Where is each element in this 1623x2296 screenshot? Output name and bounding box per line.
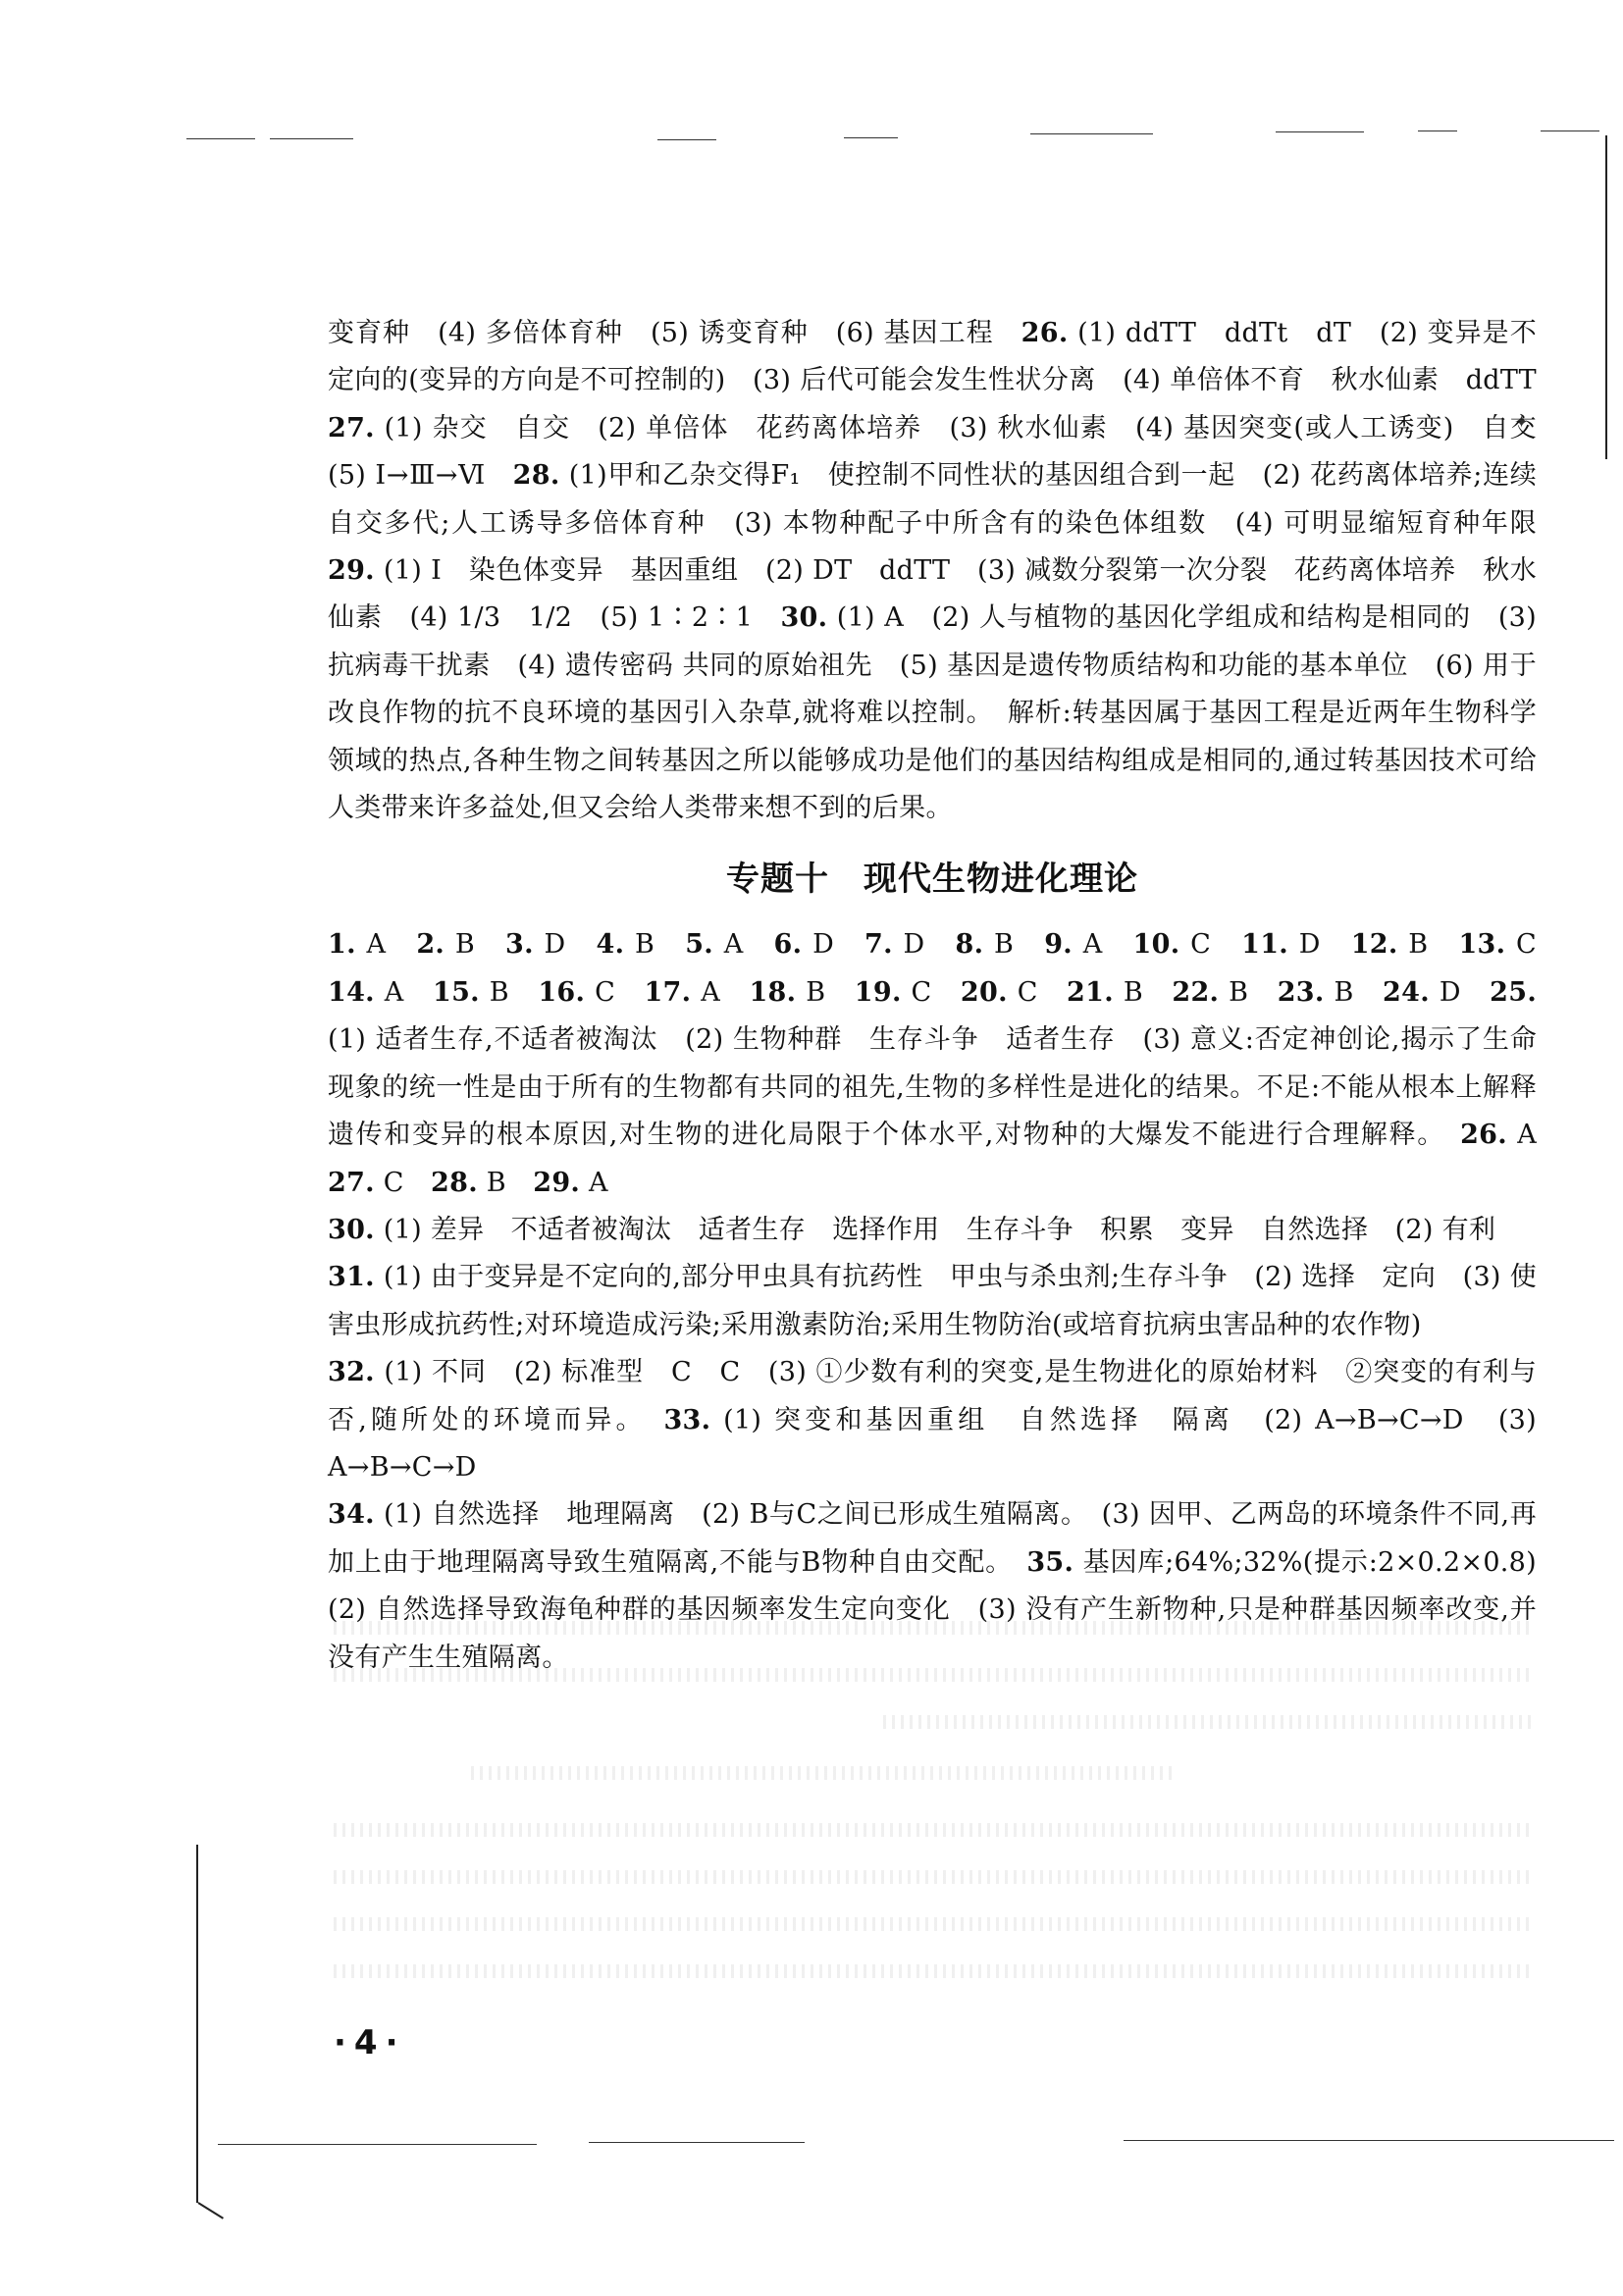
scan-edge-top-1 xyxy=(186,138,255,139)
scan-edge-bottom-2 xyxy=(589,2142,805,2143)
question-number: 7. xyxy=(864,929,893,960)
answer-text: 变育种 (4) 多倍体育种 (5) 诱变育种 (6) 基因工程 xyxy=(328,318,1021,348)
answer-text: A xyxy=(580,1168,608,1198)
question-number: 33. xyxy=(663,1405,710,1435)
section-answers-1-29: 1. A 2. B 3. D 4. B 5. A 6. D 7. D 8. B … xyxy=(328,921,1537,1206)
scan-edge-top-2 xyxy=(270,138,353,139)
question-number: 29. xyxy=(533,1168,580,1198)
question-number: 28. xyxy=(513,460,560,491)
scan-edge-top-r-6 xyxy=(1541,130,1599,131)
show-through-line xyxy=(334,1870,1531,1884)
question-number: 4. xyxy=(597,929,625,960)
page-edge-corner xyxy=(197,2202,224,2219)
scan-edge-bottom-6 xyxy=(1124,2140,1614,2141)
question-number: 12. xyxy=(1351,929,1398,960)
question-number: 15. xyxy=(433,977,480,1008)
show-through-line xyxy=(883,1715,1531,1729)
question-number: 6. xyxy=(774,929,803,960)
answer-text: (1) 差异 不适者被淘汰 适者生存 选择作用 生存斗争 积累 变异 自然选择 … xyxy=(375,1215,1495,1245)
question-number: 18. xyxy=(749,977,796,1008)
answer-text: A xyxy=(375,977,433,1008)
question-number: 30. xyxy=(780,602,827,633)
answer-text: B xyxy=(1219,977,1277,1008)
question-number: 20. xyxy=(961,977,1008,1008)
question-number: 25. xyxy=(1490,977,1537,1008)
answer-text: B xyxy=(445,929,505,960)
answer-text: C xyxy=(1179,929,1241,960)
section-answers-34-35: 34. (1) 自然选择 地理隔离 (2) B与C之间已形成生殖隔离。 (3) … xyxy=(328,1491,1537,1682)
answer-content: 变育种 (4) 多倍体育种 (5) 诱变育种 (6) 基因工程 26. (1) … xyxy=(328,310,1537,1682)
answer-text: B xyxy=(1114,977,1172,1008)
question-number: 22. xyxy=(1172,977,1219,1008)
answer-text: D xyxy=(1430,977,1490,1008)
question-number: 13. xyxy=(1458,929,1505,960)
question-number: 19. xyxy=(855,977,902,1008)
answer-text: A xyxy=(356,929,417,960)
answer-text: C xyxy=(375,1168,431,1198)
question-number: 26. xyxy=(1021,318,1069,348)
question-number: 35. xyxy=(1026,1547,1073,1578)
answer-text: B xyxy=(624,929,685,960)
answer-text: B xyxy=(983,929,1044,960)
page-number: ·4· xyxy=(334,2023,406,2062)
show-through-line xyxy=(334,1823,1531,1837)
question-number: 3. xyxy=(505,929,534,960)
question-number: 10. xyxy=(1133,929,1180,960)
answer-text: A xyxy=(713,929,774,960)
answer-text: B xyxy=(478,1168,533,1198)
answer-text: B xyxy=(796,977,854,1008)
answer-text: B xyxy=(1325,977,1383,1008)
question-number: 26. xyxy=(1460,1120,1507,1150)
page-edge-left xyxy=(196,1845,198,2203)
answer-text: C xyxy=(902,977,961,1008)
show-through-line xyxy=(471,1766,1178,1780)
scan-edge-top-r-2 xyxy=(844,137,898,138)
scan-edge-top-r-1 xyxy=(657,139,716,140)
question-number: 1. xyxy=(328,929,356,960)
answer-text: A xyxy=(1073,929,1133,960)
scan-edge-top-r-3 xyxy=(1030,133,1153,134)
answer-text: A xyxy=(1507,1120,1563,1150)
question-number: 30. xyxy=(328,1215,375,1245)
answer-text: C xyxy=(585,977,644,1008)
question-number: 23. xyxy=(1278,977,1325,1008)
question-number: 28. xyxy=(431,1168,478,1198)
question-number: 29. xyxy=(328,555,375,586)
answer-text: (1) A (2) 人与植物的基因化学组成和结构是相同的 (3) 抗病毒干扰素 … xyxy=(328,602,1537,823)
answer-text: D xyxy=(1288,929,1351,960)
section-answers-31: 31. (1) 由于变异是不定向的,部分甲虫具有抗药性 甲虫与杀虫剂;生存斗争 … xyxy=(328,1254,1537,1349)
prev-section-answers: 变育种 (4) 多倍体育种 (5) 诱变育种 (6) 基因工程 26. (1) … xyxy=(328,310,1537,832)
answer-text: D xyxy=(802,929,864,960)
show-through-line xyxy=(334,1917,1531,1931)
question-number: 5. xyxy=(685,929,713,960)
scan-edge-bottom-1 xyxy=(218,2144,537,2145)
answer-text: (1) 由于变异是不定向的,部分甲虫具有抗药性 甲虫与杀虫剂;生存斗争 (2) … xyxy=(328,1262,1537,1339)
question-number: 27. xyxy=(328,1168,375,1198)
answer-text: B xyxy=(1398,929,1459,960)
question-number: 8. xyxy=(956,929,984,960)
scan-edge-top-r-5 xyxy=(1418,130,1457,131)
question-number: 27. xyxy=(328,413,375,444)
question-number: 14. xyxy=(328,977,375,1008)
section-answers-30: 30. (1) 差异 不适者被淘汰 适者生存 选择作用 生存斗争 积累 变异 自… xyxy=(328,1207,1537,1254)
scan-edge-top-3 xyxy=(322,138,330,139)
answer-text: D xyxy=(893,929,956,960)
answer-text: A xyxy=(691,977,749,1008)
question-number: 32. xyxy=(328,1357,375,1387)
answer-text: C xyxy=(1008,977,1067,1008)
question-number: 16. xyxy=(538,977,585,1008)
question-number: 31. xyxy=(328,1262,375,1292)
answer-text: (1) 适者生存,不适者被淘汰 (2) 生物种群 生存斗争 适者生存 (3) 意… xyxy=(328,1024,1537,1150)
answer-text: D xyxy=(534,929,597,960)
answer-text: C xyxy=(1505,929,1563,960)
section-answers-32-33: 32. (1) 不同 (2) 标准型 C C (3) ①少数有利的突变,是生物进… xyxy=(328,1349,1537,1491)
scan-edge-top-r-4 xyxy=(1276,131,1364,132)
question-number: 24. xyxy=(1383,977,1430,1008)
question-number: 2. xyxy=(416,929,445,960)
question-number: 9. xyxy=(1044,929,1073,960)
show-through-line xyxy=(334,1964,1531,1978)
question-number: 21. xyxy=(1067,977,1114,1008)
question-number: 11. xyxy=(1241,929,1288,960)
page-edge-right xyxy=(1605,135,1607,459)
answer-text: B xyxy=(480,977,538,1008)
section-title: 专题十 现代生物进化理论 xyxy=(328,852,1537,900)
question-number: 34. xyxy=(328,1499,375,1530)
question-number: 17. xyxy=(644,977,691,1008)
